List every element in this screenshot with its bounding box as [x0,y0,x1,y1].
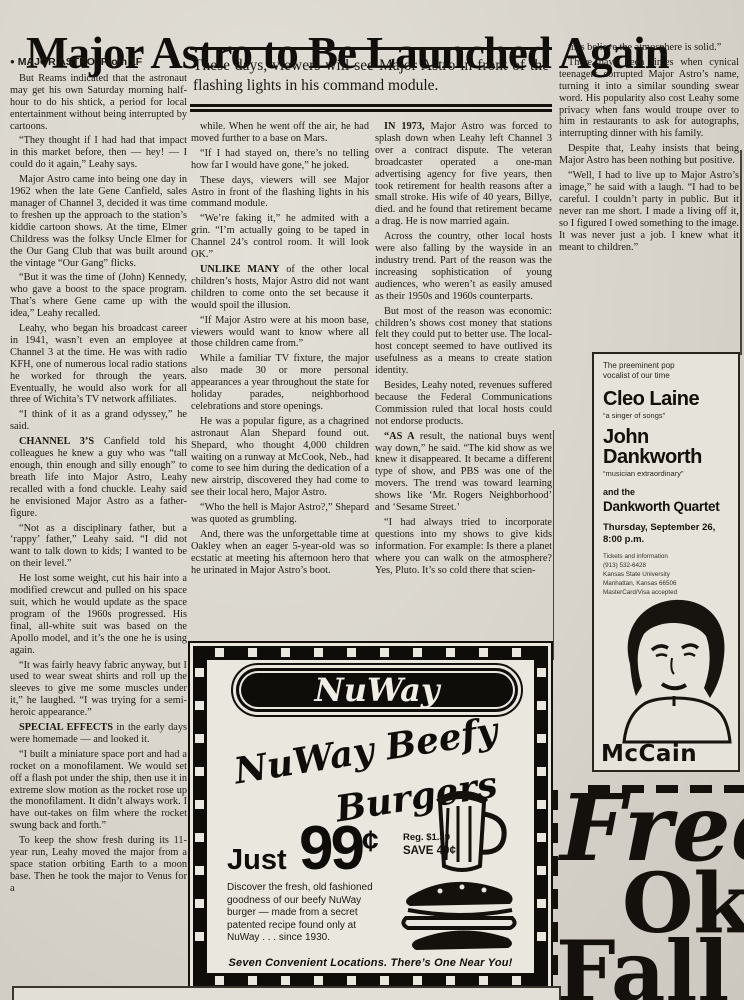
article-paragraph: There have been times when cynical teena… [559,57,739,140]
filmstrip-border: NuWay NuWay Beefy Burgers Just 99¢ Reg. … [193,646,548,987]
article-paragraph: “It was fairly heavy fabric anyway, but … [10,660,187,720]
paragraph-lead: IN 1973, [384,121,425,132]
concert-ad-artist1: Cleo Laine [603,389,734,409]
article-paragraph: These days, viewers will see Major Astro… [191,175,369,211]
nuway-body-copy: Discover the fresh, old fashioned goodne… [227,882,385,945]
article-paragraph: “Who the hell is Major Astro?,” Shepard … [191,502,369,526]
article-paragraph: while. When he went off the air, he had … [191,121,369,145]
paragraph-lead: UNLIKE MANY [200,264,279,275]
concert-ad-and-the: and the [603,487,734,497]
article-paragraph: “If I had stayed on, there’s no telling … [191,148,369,172]
nuway-logo: NuWay [236,668,518,712]
article-paragraph: “Well, I had to live up to Major Astro’s… [559,170,739,253]
fall-ad-line1: Free [560,792,744,866]
paragraph-lead: “AS A [384,431,415,442]
bottom-ad-box-edge [12,986,561,1000]
column-rule [553,430,554,660]
concert-ad-group: Dankworth Quartet [603,499,734,514]
concert-ad-date-line2: 8:00 p.m. [603,534,734,546]
nuway-just-label: Just [227,844,287,877]
article-paragraph: Across the country, other local hosts we… [375,231,552,302]
concert-ad-info-line: Manhattan, Kansas 66506 [603,579,734,588]
concert-ad-artist1-sub: “a singer of songs” [603,411,734,420]
article-paragraph: SPECIAL EFFECTS in the early days were h… [10,722,187,746]
concert-ad-artist2-sub: “musician extraordinary” [603,469,734,478]
article-paragraph: He lost some weight, cut his hair into a… [10,573,187,656]
article-paragraph: “They thought if I had had that impact i… [10,135,187,171]
article-paragraph: IN 1973, Major Astro was forced to splas… [375,121,552,228]
kicker-label: MAJOR ASTRO, From 1F [18,56,142,68]
paragraph-lead: SPECIAL EFFECTS [19,722,113,733]
filmstrip-holes-left [195,668,204,965]
price-number: 99 [299,814,362,883]
article-paragraph: Despite that, Leahy insists that being M… [559,143,739,167]
article-paragraph: “I had always tried to incorporate quest… [375,517,552,577]
article-paragraph: Major Astro came into being one day in 1… [10,174,187,269]
concert-ad-artist2: John Dankworth [603,427,734,467]
article-paragraph: While a familiar TV fixture, the major a… [191,353,369,413]
article-column-4: tists believe the atmosphere is solid.” … [559,42,739,344]
page-edge-rule [740,150,742,355]
nuway-ad-content: NuWay NuWay Beefy Burgers Just 99¢ Reg. … [207,660,534,973]
paragraph-lead: CHANNEL 3’S [19,436,94,447]
concert-ad-date-line1: Thursday, September 26, [603,522,734,534]
concert-ad-tagline: The preeminent pop vocalist of our time [603,361,703,382]
article-paragraph: “I think of it as a grand odyssey,” he s… [10,409,187,433]
article-paragraph: UNLIKE MANY of the other local children’… [191,264,369,312]
concert-ad-info-line: Tickets and information [603,552,734,561]
paragraph-text: Canfield told his colleagues he knew a g… [10,436,187,518]
pull-quote-text: These days, viewers will see Major Astro… [190,50,552,104]
bullet-icon: ● [10,57,15,66]
cleo-laine-portrait [614,592,736,744]
concert-ad: The preeminent pop vocalist of our time … [592,352,740,772]
article-paragraph: “We’re faking it,” he admited with a gri… [191,213,369,261]
concert-ad-info-line: Kansas State University [603,570,734,579]
concert-ad-date: Thursday, September 26, 8:00 p.m. [603,522,734,546]
article-paragraph: “Not as a disciplinary father, but a ‘ra… [10,523,187,571]
article-paragraph: He was a popular figure, as a chagrined … [191,416,369,499]
paragraph-text: result, the national buys went way down,… [375,431,552,513]
newspaper-page: Major Astro to Be Launched Again These d… [0,0,744,1000]
article-paragraph: tists believe the atmosphere is solid.” [559,42,739,54]
article-paragraph: But most of the reason was economic: chi… [375,306,552,377]
filmstrip-holes-bottom [215,976,526,985]
filmstrip-holes-right [537,668,546,965]
article-paragraph: To keep the show fresh during its 11-yea… [10,835,187,895]
nuway-ad: NuWay NuWay Beefy Burgers Just 99¢ Reg. … [188,641,553,992]
continuation-kicker: ● MAJOR ASTRO, From 1F [10,56,187,69]
nuway-price: 99¢ [299,818,379,880]
pull-quote-rule-bottom [190,104,552,107]
concert-ad-info: Tickets and information (913) 532-6428 K… [603,552,734,598]
article-column-3: IN 1973, Major Astro was forced to splas… [375,121,552,645]
nuway-locations-banner: Seven Convenient Locations. There’s One … [207,954,534,973]
article-column-1: ● MAJOR ASTRO, From 1F But Reams indicat… [10,56,187,984]
article-paragraph: “But it was the time of (John) Kennedy, … [10,272,187,320]
article-paragraph: Leahy, who began his broadcast career in… [10,323,187,406]
article-paragraph: Besides, Leahy noted, revenues suffered … [375,380,552,428]
burger-and-mug-illustration [396,788,534,973]
article-column-2: while. When he went off the air, he had … [191,121,369,635]
article-paragraph: “If Major Astro were at his moon base, v… [191,315,369,351]
article-paragraph: But Reams indicated that the astronaut m… [10,73,187,133]
pull-quote: These days, viewers will see Major Astro… [190,47,552,112]
filmstrip-holes-top [215,648,526,657]
pull-quote-rule-bottom-2 [190,109,552,112]
article-paragraph: And, there was the unforgettable time at… [191,529,369,577]
paragraph-text: Major Astro was forced to splash down wh… [375,121,552,227]
article-paragraph: “I built a miniature space port and had … [10,749,187,832]
concert-ad-info-line: (913) 532-6428 [603,561,734,570]
nuway-badge-panel: NuWay [231,663,523,717]
cent-sign: ¢ [362,825,379,858]
fall-ad-line3: Fall ( [556,938,744,1000]
article-paragraph: “AS A result, the national buys went way… [375,431,552,514]
article-paragraph: CHANNEL 3’S Canfield told his colleagues… [10,436,187,519]
concert-ad-venue: McCain [601,741,697,767]
